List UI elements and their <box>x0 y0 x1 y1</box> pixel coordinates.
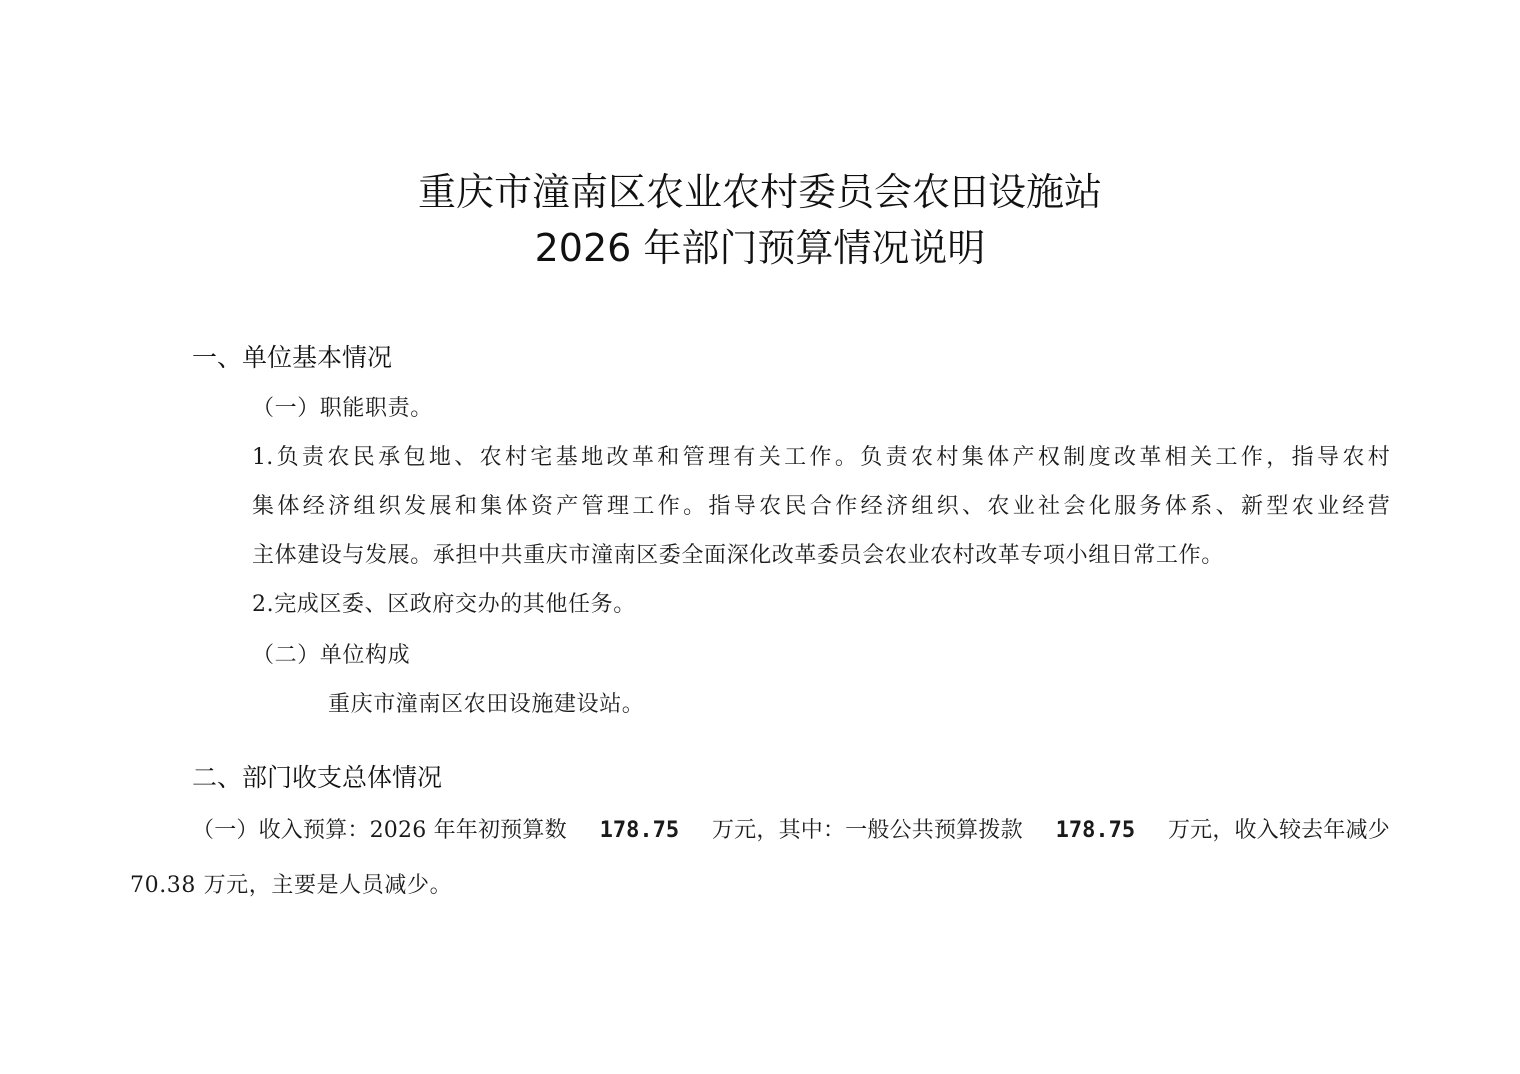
duty1-line1: 1.负责农民承包地、农村宅基地改革和管理有关工作。负责农村集体产权制度改革相关工… <box>252 443 1390 473</box>
income-total-value: 178.75 <box>600 816 679 846</box>
income-text-a: （一）收入预算：2026 年年初预算数 <box>192 816 567 846</box>
duty1-line2: 集体经济组织发展和集体资产管理工作。指导农民合作经济组织、农业社会化服务体系、新… <box>252 492 1390 522</box>
duty1-line3: 主体建设与发展。承担中共重庆市潼南区委全面深化改革委员会农业农村改革专项小组日常… <box>252 541 1224 571</box>
document-title-line1: 重庆市潼南区农业农村委员会农田设施站 <box>0 166 1520 218</box>
general-budget-value: 178.75 <box>1056 816 1135 846</box>
document-title-line2: 2026 年部门预算情况说明 <box>0 222 1520 274</box>
income-budget-line2: 70.38 万元，主要是人员减少。 <box>130 871 452 901</box>
duty2: 2.完成区委、区政府交办的其他任务。 <box>252 590 636 620</box>
income-budget-line1: （一）收入预算：2026 年年初预算数 178.75 万元，其中：一般公共预算拨… <box>192 816 1390 846</box>
section-heading-basic-info: 一、单位基本情况 <box>192 340 392 376</box>
income-text-c: 万元，收入较去年减少 <box>1168 816 1390 846</box>
subsection-label-unit-composition: （二）单位构成 <box>252 641 410 671</box>
subsection-label-duties: （一）职能职责。 <box>252 394 433 424</box>
unit-name: 重庆市潼南区农田设施建设站。 <box>328 690 644 720</box>
document-page: 重庆市潼南区农业农村委员会农田设施站 2026 年部门预算情况说明 一、单位基本… <box>0 0 1520 1074</box>
section-heading-overall-budget: 二、部门收支总体情况 <box>192 760 442 796</box>
income-text-b: 万元，其中：一般公共预算拨款 <box>712 816 1023 846</box>
